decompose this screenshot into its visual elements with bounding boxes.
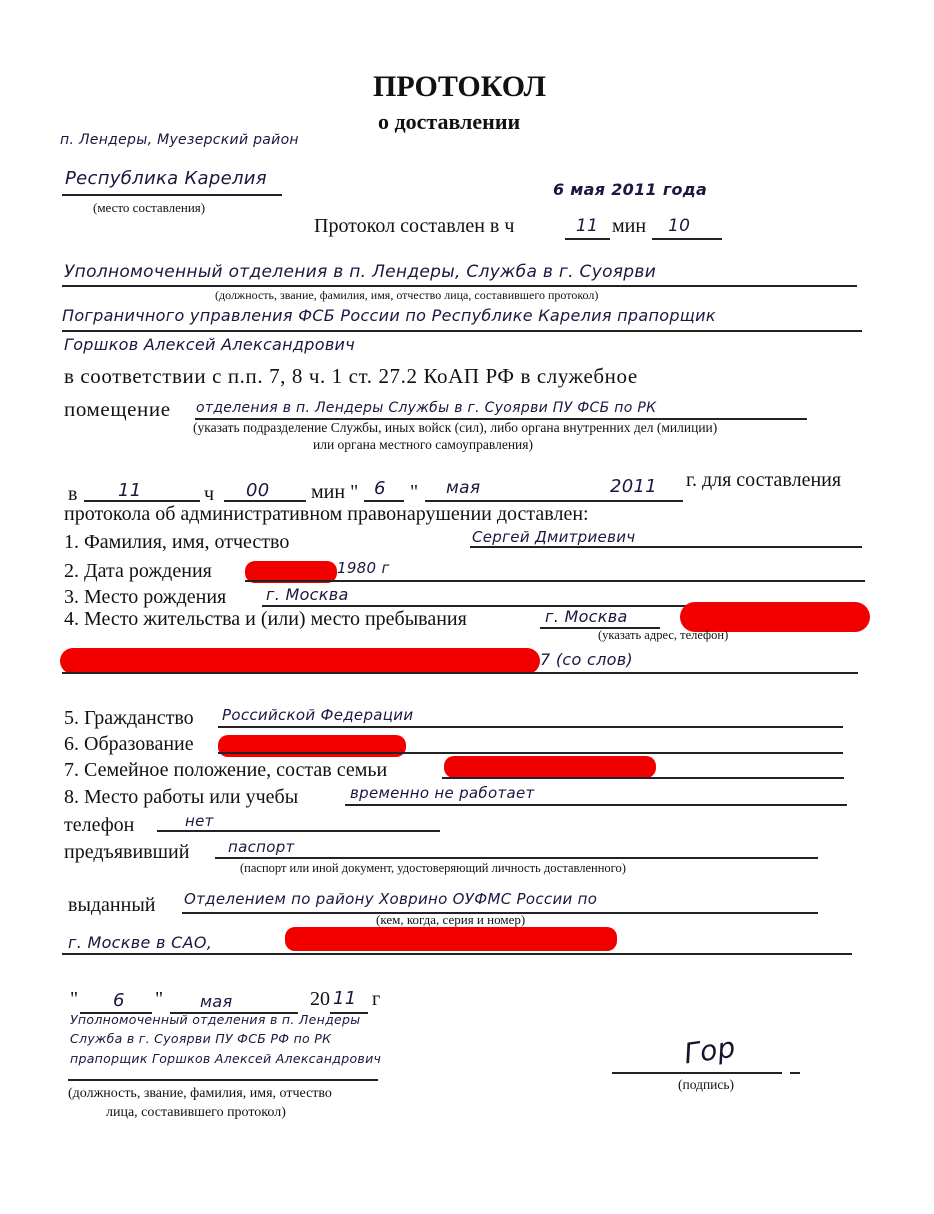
delivered-min-label: мин " <box>311 481 358 504</box>
hour-underline <box>565 238 610 240</box>
field-full-name-label: 1. Фамилия, имя, отчество <box>64 531 289 554</box>
sign-date-year-hand: 11 <box>333 988 357 1009</box>
composed-min-label: мин <box>612 215 646 238</box>
delivered-year: 2011 <box>610 476 657 497</box>
field-id-label: предъявивший <box>64 841 189 864</box>
signer-caption1: (должность, звание, фамилия, имя, отчест… <box>68 1086 332 1102</box>
composed-hour: 11 <box>576 216 598 236</box>
delivered-line2: протокола об административном правонаруш… <box>64 503 589 526</box>
place-line2: Республика Карелия <box>65 168 267 189</box>
field-work-label: 8. Место работы или учебы <box>64 786 298 809</box>
field-address-underline <box>62 672 858 674</box>
field-citizenship-label: 5. Гражданство <box>64 707 194 730</box>
officer-caption: (должность, звание, фамилия, имя, отчест… <box>215 288 598 303</box>
premises-caption1: (указать подразделение Службы, иных войс… <box>193 420 717 436</box>
id-caption: (паспорт или иной документ, удостоверяющ… <box>240 861 626 876</box>
issued-label: выданный <box>68 894 155 917</box>
signer-line2: Служба в г. Суоярви ПУ ФСБ РФ по РК <box>70 1031 331 1046</box>
redaction-passport <box>285 927 617 951</box>
field-full-name-underline <box>470 546 862 548</box>
issued-value2: г. Москве в САО, <box>68 933 212 952</box>
signature-caption: (подпись) <box>678 1077 734 1093</box>
signer-line1: Уполномоченный отделения в п. Лендеры <box>70 1012 360 1027</box>
field-family-underline <box>442 777 844 779</box>
redaction-family <box>444 756 656 778</box>
field-birth-date-underline <box>245 580 865 582</box>
field-id-value: паспорт <box>228 838 295 856</box>
premises-label: помещение <box>64 397 171 422</box>
field-education-label: 6. Образование <box>64 733 194 756</box>
redaction-address <box>60 648 540 674</box>
signature-mark: Гор <box>682 1031 737 1071</box>
field-birth-date-value: 1980 г <box>337 559 390 577</box>
field-education-underline <box>218 752 843 754</box>
field-citizenship-underline <box>218 726 843 728</box>
address-caption: (указать адрес, телефон) <box>598 628 728 643</box>
delivered-min: 00 <box>246 480 270 501</box>
place-underline <box>62 194 282 196</box>
field-birth-place-value: г. Москва <box>266 585 349 604</box>
signature-underline-tail <box>790 1072 800 1074</box>
officer-line3: Горшков Алексей Александрович <box>64 335 355 354</box>
field-birth-date-label: 2. Дата рождения <box>64 560 212 583</box>
field-birth-place-label: 3. Место рождения <box>64 586 226 609</box>
document-subtitle: о доставлении <box>378 109 520 135</box>
field-citizenship-value: Российской Федерации <box>222 706 413 724</box>
officer-underline2 <box>62 330 862 332</box>
field-phone-underline <box>157 830 440 832</box>
min-underline <box>652 238 722 240</box>
delivered-month: мая <box>446 478 480 498</box>
signer-underline <box>68 1079 378 1081</box>
field-residence-label: 4. Место жительства и (или) место пребыв… <box>64 608 467 631</box>
issued-caption: (кем, когда, серия и номер) <box>376 912 525 928</box>
field-address-tail: 7 (со слов) <box>540 650 633 669</box>
signer-line3: прапорщик Горшков Алексей Александрович <box>70 1051 381 1066</box>
issued-underline2 <box>62 953 852 955</box>
sign-date-suffix: г <box>372 988 380 1011</box>
premises-caption2: или органа местного самоуправления) <box>313 437 533 453</box>
signature-underline <box>612 1072 782 1074</box>
redaction-education <box>218 735 406 757</box>
delivered-day: 6 <box>374 478 386 499</box>
premises-value: отделения в п. Лендеры Службы в г. Суояр… <box>196 400 656 416</box>
composed-label: Протокол составлен в ч <box>314 215 514 238</box>
document-title: ПРОТОКОЛ <box>373 70 546 104</box>
law-text: в соответствии с п.п. 7, 8 ч. 1 ст. 27.2… <box>64 364 638 389</box>
field-residence-value: г. Москва <box>545 607 628 626</box>
issued-value1: Отделением по району Ховрино ОУФМС Росси… <box>184 890 597 908</box>
officer-line2: Пограничного управления ФСБ России по Ре… <box>62 306 716 325</box>
officer-line1: Уполномоченный отделения в п. Лендеры, С… <box>64 262 656 282</box>
field-id-underline <box>215 857 818 859</box>
field-family-label: 7. Семейное положение, состав семьи <box>64 759 387 782</box>
officer-underline1 <box>62 285 857 287</box>
sign-date-month: мая <box>200 992 232 1011</box>
place-line1: п. Лендеры, Муезерский район <box>60 132 299 148</box>
delivered-hour-underline <box>84 500 200 502</box>
delivered-quote: " <box>410 481 418 504</box>
signer-caption2: лица, составившего протокол) <box>106 1105 286 1121</box>
field-work-underline <box>345 804 847 806</box>
delivered-suffix: г. для составления <box>686 469 841 492</box>
delivered-day-underline <box>364 500 404 502</box>
field-full-name-value: Сергей Дмитриевич <box>472 528 635 546</box>
sign-date-day: 6 <box>113 990 125 1011</box>
place-caption: (место составления) <box>93 200 205 216</box>
field-work-value: временно не работает <box>350 784 535 802</box>
composed-min: 10 <box>668 216 690 236</box>
sign-date-open: " <box>70 988 78 1011</box>
delivered-month-underline <box>425 500 683 502</box>
sign-date-year-print: 20 <box>310 988 330 1011</box>
sign-date-close: " <box>155 988 163 1011</box>
field-phone-value: нет <box>185 812 214 830</box>
delivered-hour: 11 <box>118 480 142 501</box>
date-written: 6 мая 2011 года <box>553 180 707 199</box>
field-phone-label: телефон <box>64 814 134 837</box>
